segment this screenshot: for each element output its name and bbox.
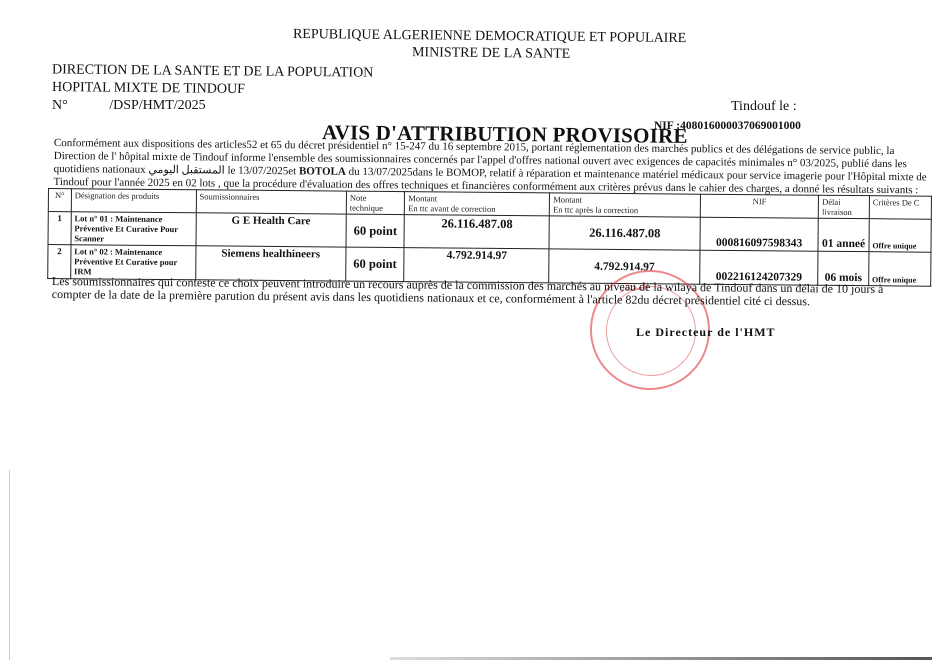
col-amount-after: MontantEn ttc après la correction bbox=[550, 193, 701, 217]
row-designation: Lot n° 01 : Maintenance Préventive Et Cu… bbox=[71, 212, 196, 246]
col-criteria: Critères De C bbox=[869, 196, 931, 220]
results-table: N° Désignation des produits Soumissionna… bbox=[47, 188, 932, 287]
row-criteria: Offre unique bbox=[869, 219, 931, 253]
row-no: 1 bbox=[48, 212, 71, 245]
amount-after-sub: En ttc après la correction bbox=[553, 204, 697, 215]
col-delay: Délailivraison bbox=[819, 195, 870, 218]
col-bidder: Soumissionnaires bbox=[196, 190, 347, 214]
scan-edge-left bbox=[9, 470, 10, 660]
amount-before-sub: En ttc avant de correction bbox=[408, 203, 546, 214]
col-tech: Note technique bbox=[346, 191, 405, 215]
reference-prefix: N° bbox=[52, 98, 68, 113]
col-amount-before: MontantEn ttc avant de correction bbox=[405, 192, 550, 216]
col-nif: NIF bbox=[700, 194, 818, 218]
col-designation: Désignation des produits bbox=[71, 189, 196, 213]
row-delay: 01 anneé bbox=[818, 218, 869, 251]
delay-label: Délai bbox=[822, 197, 866, 207]
row-tech: 60 point bbox=[346, 214, 405, 248]
row-nif: 000816097598343 bbox=[700, 217, 819, 251]
arabic-newspaper: المستقبل اليومي bbox=[148, 164, 224, 177]
delay-sub: livraison bbox=[822, 207, 866, 217]
republic-header: REPUBLIQUE ALGERIENNE DEMOCRATIQUE ET PO… bbox=[293, 27, 686, 46]
ministry-header: MINISTRE DE LA SANTE bbox=[412, 45, 570, 62]
row-amount-before: 26.116.487.08 bbox=[404, 215, 549, 249]
botola-newspaper: BOTOLA bbox=[299, 165, 346, 177]
reference-code: /DSP/HMT/2025 bbox=[109, 98, 205, 113]
row-bidder: G E Health Care bbox=[196, 213, 347, 247]
intro-line-3b: le 13/07/2025et bbox=[225, 165, 299, 178]
hospital-header: HOPITAL MIXTE DE TINDOUF bbox=[52, 79, 245, 98]
intro-line-3a: quotidiens nationaux bbox=[54, 163, 149, 176]
row-amount-after: 26.116.487.08 bbox=[549, 216, 700, 250]
reference-number: N° /DSP/HMT/2025 bbox=[52, 97, 206, 114]
appeal-paragraph: Les soumissionnaires qui conteste ce cho… bbox=[52, 275, 884, 309]
director-signature: Le Directeur de l'HMT bbox=[636, 325, 776, 340]
place-date: Tindouf le : bbox=[731, 99, 797, 115]
col-no: N° bbox=[48, 189, 71, 212]
